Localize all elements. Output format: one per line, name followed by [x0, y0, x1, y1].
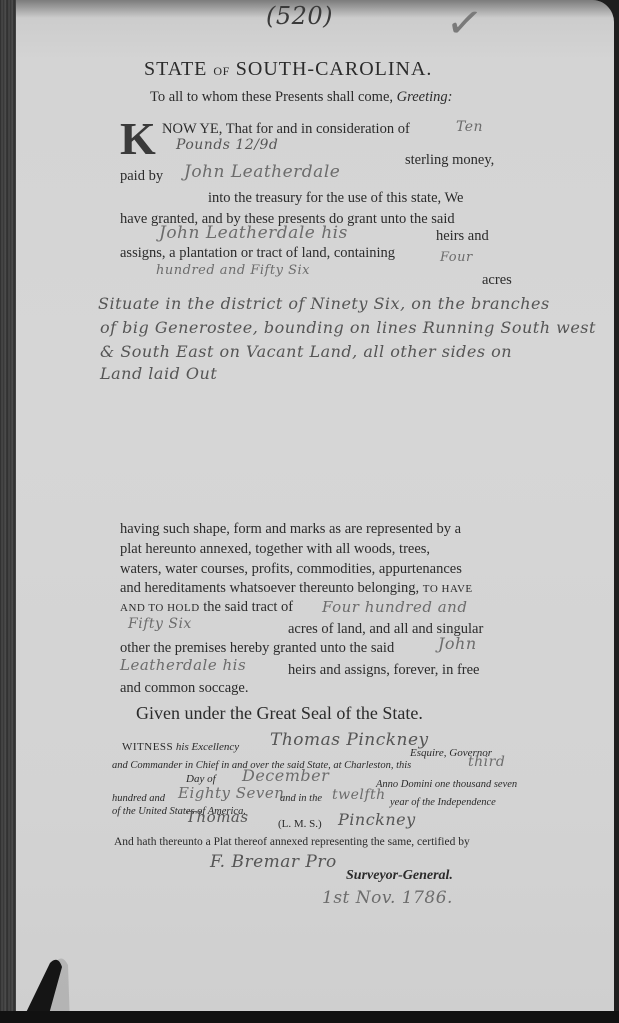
- anno-domini: Anno Domini one thousand seven: [376, 779, 517, 790]
- witness-line: WITNESS his Excellency: [122, 741, 239, 753]
- to-have: TO HAVE: [423, 583, 473, 595]
- acres-label: acres: [482, 272, 512, 289]
- lms: (L. M. S.): [278, 818, 322, 830]
- day-ordinal: third: [468, 754, 505, 770]
- witness-label: WITNESS: [122, 741, 173, 753]
- shape-line-2: plat hereunto annexed, together with all…: [120, 541, 430, 558]
- checkmark-icon: ✓: [443, 0, 487, 51]
- title-of: OF: [213, 64, 229, 78]
- consideration-amount-1: Ten: [456, 119, 483, 135]
- shape-line-4: and hereditaments whatsoever thereunto b…: [120, 580, 473, 597]
- salutation-line: To all to whom these Presents shall come…: [150, 89, 453, 106]
- certified-date: 1st Nov. 1786.: [322, 888, 453, 908]
- title-name: SOUTH-CAROLINA.: [236, 58, 433, 80]
- paid-by-label: paid by: [120, 168, 163, 185]
- hundred-and: hundred and: [112, 793, 165, 804]
- page-number: (520): [266, 2, 333, 30]
- description-line-1: Situate in the district of Ninety Six, o…: [98, 294, 550, 313]
- and-to-hold: AND TO HOLD: [120, 602, 200, 614]
- seal-line: Given under the Great Seal of the State.: [136, 703, 423, 724]
- drop-cap: K: [120, 116, 156, 162]
- page-bottom-edge: [0, 1011, 619, 1023]
- description-line-3: & South East on Vacant Land, all other s…: [100, 342, 512, 361]
- shape-line-4-text: and hereditaments whatsoever thereunto b…: [120, 580, 419, 596]
- title-state: STATE: [144, 58, 207, 80]
- common-soccage: and common soccage.: [120, 680, 248, 697]
- governor-name: Thomas Pinckney: [270, 730, 429, 750]
- assigns-line: assigns, a plantation or tract of land, …: [120, 245, 395, 262]
- tract-acreage-1: Four hundred and: [322, 598, 467, 616]
- signature-last: Pinckney: [338, 810, 416, 829]
- month: December: [242, 766, 329, 785]
- year-of-independence: year of the Independence: [390, 797, 496, 808]
- surveyor-title: Surveyor-General.: [346, 868, 453, 884]
- paid-by-name: John Leatherdale: [184, 162, 340, 182]
- grantee-name: John Leatherdale his: [159, 223, 348, 243]
- and-in-the: and in the: [280, 793, 322, 804]
- independence-year: twelfth: [332, 787, 386, 803]
- his-excellency: his Excellency: [176, 741, 239, 753]
- document-title: STATE OF SOUTH-CAROLINA.: [144, 58, 432, 81]
- signature-first: Thomas: [186, 808, 249, 826]
- know-ye-line: NOW YE, That for and in consideration of: [162, 121, 410, 138]
- surveyor-signature: F. Bremar Pro: [210, 852, 337, 872]
- premises-grantee-2: Leatherdale his: [120, 656, 246, 674]
- description-line-4: Land laid Out: [100, 364, 217, 383]
- description-line-2: of big Generostee, bounding on lines Run…: [100, 318, 596, 337]
- acreage-1: Four: [440, 250, 473, 265]
- book-spine: [0, 0, 16, 1023]
- sterling-money: sterling money,: [405, 152, 494, 169]
- premises-line: other the premises hereby granted unto t…: [120, 640, 394, 657]
- year-words: Eighty Seven: [178, 784, 284, 802]
- ribbon-bookmark: [16, 955, 70, 1012]
- tract-acreage-2: Fifty Six: [128, 616, 192, 632]
- plat-line: And hath thereunto a Plat thereof annexe…: [114, 836, 470, 848]
- consideration-amount-2: Pounds 12/9d: [176, 137, 278, 153]
- heirs-assigns: heirs and assigns, forever, in free: [288, 662, 479, 679]
- said-tract-of: the said tract of: [203, 599, 293, 615]
- acreage-2: hundred and Fifty Six: [156, 263, 310, 278]
- salutation: To all to whom these Presents shall come…: [150, 89, 393, 105]
- greeting: Greeting:: [397, 89, 453, 105]
- premises-grantee-1: John: [438, 634, 477, 653]
- to-hold-line: AND TO HOLD the said tract of: [120, 599, 293, 616]
- shape-line-1: having such shape, form and marks as are…: [120, 521, 461, 538]
- heirs-and: heirs and: [436, 228, 489, 245]
- document-page: (520) ✓ STATE OF SOUTH-CAROLINA. To all …: [16, 0, 614, 1012]
- shape-line-3: waters, water courses, profits, commodit…: [120, 561, 462, 578]
- treasury-line: into the treasury for the use of this st…: [208, 190, 463, 207]
